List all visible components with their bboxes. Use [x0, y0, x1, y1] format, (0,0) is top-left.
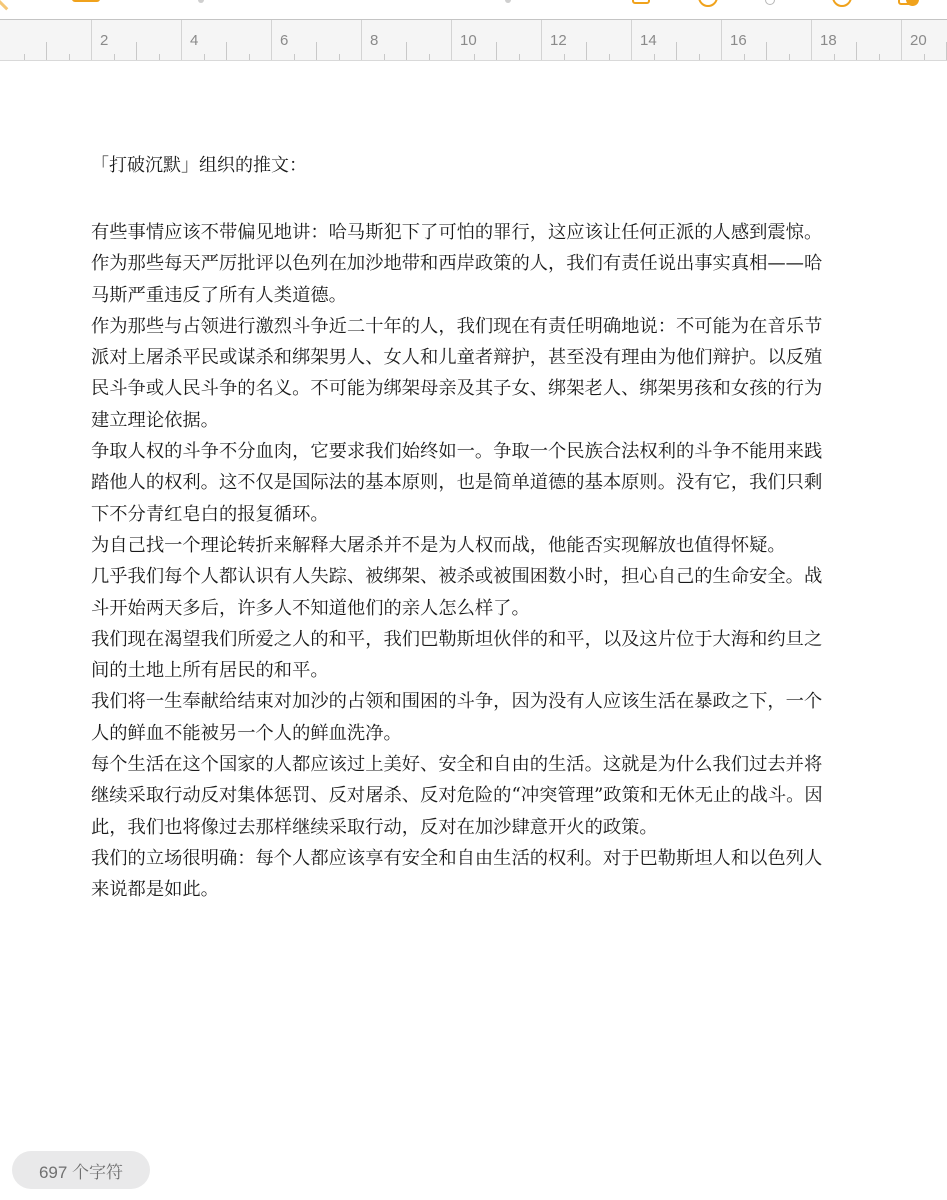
- ruler-label: 12: [550, 32, 567, 49]
- ruler-minor-tick: [654, 54, 655, 60]
- document-line: 人的鲜血不能被另一个人的鲜血洗净。: [91, 718, 861, 749]
- ruler-major-tick: [361, 20, 362, 60]
- document-line: 我们现在渴望我们所爱之人的和平，我们巴勒斯坦伙伴的和平，以及这片位于大海和约旦之: [91, 624, 861, 655]
- ruler-minor-tick: [519, 54, 520, 60]
- document-line: 马斯严重违反了所有人类道德。: [91, 280, 861, 311]
- ruler-minor-tick: [249, 54, 250, 60]
- ruler-major-tick: [721, 20, 722, 60]
- ruler-label: 20: [910, 32, 927, 49]
- ruler-label: 16: [730, 32, 747, 49]
- ruler-major-tick: [811, 20, 812, 60]
- back-icon[interactable]: [0, 0, 15, 10]
- ruler-label: 8: [370, 32, 378, 49]
- document-body[interactable]: 有些事情应该不带偏见地讲：哈马斯犯下了可怕的罪行，这应该让任何正派的人感到震惊。…: [91, 217, 861, 906]
- ruler-minor-tick: [766, 42, 767, 60]
- ruler-label: 18: [820, 32, 837, 49]
- ruler-label: 6: [280, 32, 288, 49]
- ruler-minor-tick: [744, 54, 745, 60]
- ruler-minor-tick: [924, 54, 925, 60]
- document-line: 作为那些与占领进行激烈斗争近二十年的人，我们现在有责任明确地说：不可能为在音乐节: [91, 311, 861, 342]
- ruler-minor-tick: [429, 54, 430, 60]
- document-line: 派对上屠杀平民或谋杀和绑架男人、女人和儿童者辩护，甚至没有理由为他们辩护。以反殖: [91, 342, 861, 373]
- document-line: 斗开始两天多后，许多人不知道他们的亲人怎么样了。: [91, 593, 861, 624]
- ruler-minor-tick: [564, 54, 565, 60]
- pin-icon[interactable]: [765, 0, 775, 5]
- ruler-minor-tick: [384, 54, 385, 60]
- ruler-minor-tick: [24, 54, 25, 60]
- collaborate-icon[interactable]: [832, 0, 852, 7]
- ruler-minor-tick: [316, 42, 317, 60]
- ruler-minor-tick: [834, 54, 835, 60]
- undo-icon[interactable]: [198, 0, 204, 3]
- document-line: 此，我们也将像过去那样继续采取行动，反对在加沙肆意开火的政策。: [91, 812, 861, 843]
- table-icon[interactable]: [632, 0, 650, 4]
- more-icon[interactable]: [505, 0, 511, 3]
- document-line: 间的土地上所有居民的和平。: [91, 655, 861, 686]
- shape-icon[interactable]: [698, 0, 718, 7]
- ruler-label: 14: [640, 32, 657, 49]
- ruler-major-tick: [901, 20, 902, 60]
- document-line: 踏他人的权利。这不仅是国际法的基本原则，也是简单道德的基本原则。没有它，我们只剩: [91, 467, 861, 498]
- ruler-minor-tick: [699, 54, 700, 60]
- document-line: 建立理论依据。: [91, 405, 861, 436]
- ruler-minor-tick: [676, 42, 677, 60]
- ruler-major-tick: [451, 20, 452, 60]
- document-line: 民斗争或人民斗争的名义。不可能为绑架母亲及其子女、绑架老人、绑架男孩和女孩的行为: [91, 373, 861, 404]
- ruler-major-tick: [271, 20, 272, 60]
- ruler-minor-tick: [339, 54, 340, 60]
- ruler-label: 4: [190, 32, 198, 49]
- ruler-minor-tick: [789, 54, 790, 60]
- ruler-minor-tick: [856, 42, 857, 60]
- ruler-minor-tick: [879, 54, 880, 60]
- ruler[interactable]: 2468101214161820: [0, 20, 947, 61]
- ruler-minor-tick: [114, 54, 115, 60]
- document-line: 每个生活在这个国家的人都应该过上美好、安全和自由的生活。这就是为什么我们过去并将: [91, 749, 861, 780]
- ruler-minor-tick: [474, 54, 475, 60]
- ruler-label: 10: [460, 32, 477, 49]
- document-line: 我们的立场很明确：每个人都应该享有安全和自由生活的权利。对于巴勒斯坦人和以色列人: [91, 843, 861, 874]
- ruler-minor-tick: [204, 54, 205, 60]
- ruler-minor-tick: [69, 54, 70, 60]
- ruler-minor-tick: [226, 42, 227, 60]
- toolbar: [0, 0, 947, 20]
- ruler-major-tick: [541, 20, 542, 60]
- ruler-major-tick: [181, 20, 182, 60]
- ruler-minor-tick: [586, 42, 587, 60]
- document-line: 为自己找一个理论转折来解释大屠杀并不是为人权而战，他能否实现解放也值得怀疑。: [91, 530, 861, 561]
- ruler-minor-tick: [159, 54, 160, 60]
- document-line: 继续采取行动反对集体惩罚、反对屠杀、反对危险的“冲突管理”政策和无休无止的战斗。…: [91, 780, 861, 811]
- document-title: 「打破沉默」组织的推文：: [91, 154, 307, 178]
- document-line: 争取人权的斗争不分血肉，它要求我们始终如一。争取一个民族合法权利的斗争不能用来践: [91, 436, 861, 467]
- document-line: 几乎我们每个人都认识有人失踪、被绑架、被杀或被围困数小时，担心自己的生命安全。战: [91, 561, 861, 592]
- sidebar-icon[interactable]: [72, 0, 100, 2]
- ruler-minor-tick: [136, 42, 137, 60]
- character-count-badge[interactable]: 697 个字符: [12, 1151, 150, 1189]
- ruler-major-tick: [631, 20, 632, 60]
- ruler-label: 2: [100, 32, 108, 49]
- ruler-minor-tick: [46, 42, 47, 60]
- document-line: 我们将一生奉献给结束对加沙的占领和围困的斗争，因为没有人应该生活在暴政之下，一个: [91, 686, 861, 717]
- document-line: 下不分青红皂白的报复循环。: [91, 499, 861, 530]
- document-line: 有些事情应该不带偏见地讲：哈马斯犯下了可怕的罪行，这应该让任何正派的人感到震惊。: [91, 217, 861, 248]
- ruler-minor-tick: [294, 54, 295, 60]
- ruler-minor-tick: [406, 42, 407, 60]
- document-line: 作为那些每天严厉批评以色列在加沙地带和西岸政策的人，我们有责任说出事实真相——哈: [91, 248, 861, 279]
- ruler-minor-tick: [496, 42, 497, 60]
- ruler-major-tick: [91, 20, 92, 60]
- ruler-minor-tick: [609, 54, 610, 60]
- notification-badge-icon[interactable]: [898, 0, 918, 7]
- document-line: 来说都是如此。: [91, 874, 861, 905]
- document-page[interactable]: 「打破沉默」组织的推文： 有些事情应该不带偏见地讲：哈马斯犯下了可怕的罪行，这应…: [0, 61, 947, 1200]
